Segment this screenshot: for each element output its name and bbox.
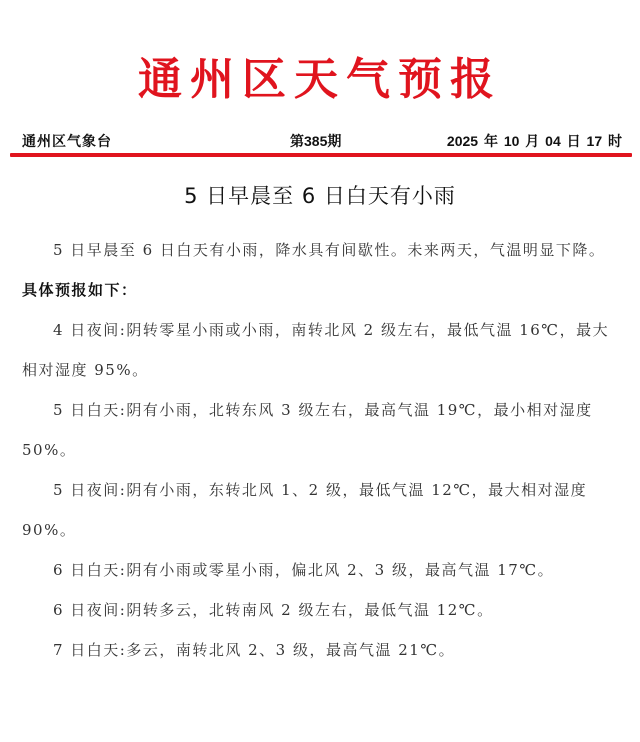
issue-time: 2025 年 10 月 04 日 17 时	[447, 131, 622, 151]
section-heading: 具体预报如下：	[22, 270, 618, 310]
article-headline: 5 日早晨至 6 日白天有小雨	[0, 180, 640, 210]
article-body: 5 日早晨至 6 日白天有小雨，降水具有间歇性。未来两天，气温明显下降。 具体预…	[22, 230, 618, 670]
forecast-item: 5 日夜间:阴有小雨，东转北风 1、2 级，最低气温 12℃，最大相对湿度 90…	[22, 470, 618, 550]
issue-number: 第385期	[290, 131, 341, 151]
issuer-label: 通州区气象台	[22, 131, 112, 151]
forecast-item: 5 日白天:阴有小雨，北转东风 3 级左右，最高气温 19℃，最小相对湿度 50…	[22, 390, 618, 470]
masthead-meta-row: 通州区气象台 第385期 2025 年 10 月 04 日 17 时	[0, 131, 640, 151]
forecast-item: 6 日白天:阴有小雨或零星小雨，偏北风 2、3 级，最高气温 17℃。	[22, 550, 618, 590]
forecast-item: 4 日夜间:阴转零星小雨或小雨，南转北风 2 级左右，最低气温 16℃，最大相对…	[22, 310, 618, 390]
forecast-item: 7 日白天:多云，南转北风 2、3 级，最高气温 21℃。	[22, 630, 618, 670]
masthead-title: 通州区天气预报	[0, 52, 640, 108]
forecast-item: 6 日夜间:阴转多云，北转南风 2 级左右，最低气温 12℃。	[22, 590, 618, 630]
red-divider-rule	[10, 153, 632, 157]
summary-paragraph: 5 日早晨至 6 日白天有小雨，降水具有间歇性。未来两天，气温明显下降。	[22, 230, 618, 270]
